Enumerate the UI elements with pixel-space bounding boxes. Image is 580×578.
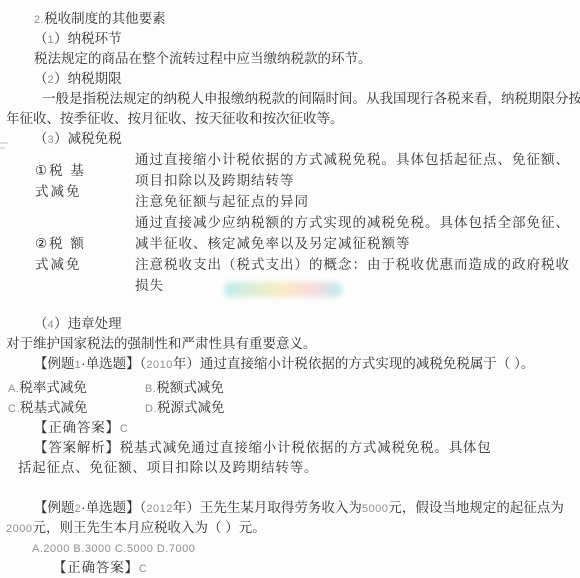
table-text-line: 损失 [135,275,576,296]
latin-run: 5000 [362,503,388,515]
option-b: B.税额式减免 [145,380,224,395]
latin-run: 2012 [146,503,172,515]
latin-run: A. [8,383,19,395]
latin-run: 2 [48,74,55,86]
option-d: D.税源式减免 [145,400,225,415]
latin-run: 2010 [146,359,172,371]
table-row-content: 通过直接缩小计税依据的方式减税免税。具体包括起征点、免征额、项目扣除以及跨期结转… [135,149,576,212]
table-row-content: 通过直接减少应纳税额的方式实现的减税免税。具体包括全部免征、减半征收、核定减免率… [135,212,576,296]
example1-options-ab: A.税率式减免B.税额式减免 [6,378,576,398]
table-row: ①税 基式减免通过直接缩小计税依据的方式减税免税。具体包括起征点、免征额、项目扣… [6,149,576,212]
table-label-line: 式减免 [35,181,135,202]
example2-stem: 2000元，则王先生本月应税收入为（ ）元。 [6,518,576,538]
latin-run: A.2000 B.3000 C.5000 D.7000 [32,543,195,555]
paragraph-line: 年征收、按季征收、按月征收、按天征收和按次征收等。 [6,109,576,129]
table-label-line: ②税 额 [35,233,135,254]
option-c: C.税基式减免 [8,398,145,419]
latin-run: 2 [75,503,82,515]
latin-run: 4 [48,319,55,331]
table-label-line: ①税 基 [35,160,135,181]
chapter-heading: 2.税收制度的其他要素 [6,9,576,29]
latin-run: 2. [34,14,44,26]
table-row-label: ②税 额式减免 [35,212,135,296]
table-label-line: 式减免 [35,254,135,275]
table-text-line: 注意免征额与起征点的异同 [135,191,576,212]
latin-run: D. [145,403,157,415]
subsection-title-2: （2）纳税期限 [6,69,576,89]
option-a: A.税率式减免 [8,378,145,399]
subsection-title-1: （1）纳税环节 [6,29,576,49]
table-row-label: ①税 基式减免 [35,149,135,212]
example1-analysis-line: 【答案解析】税基式减免通过直接缩小计税依据的方式减税免税。具体包 [6,438,576,458]
paragraph-line: 税法规定的商品在整个流转过程中应当缴纳税款的环节。 [6,49,576,69]
example1-stem: 【例题1·单选题】（2010年）通过直接缩小计税依据的方式实现的减税免税属于（ … [6,354,576,374]
latin-run: 2000 [6,523,32,535]
table-row: ②税 额式减免通过直接减少应纳税额的方式实现的减税免税。具体包括全部免征、减半征… [6,212,576,296]
table-text-line: 注意税收支出（税式支出）的概念：由于税收优惠而造成的政府税收 [135,254,576,275]
document-page: 2.税收制度的其他要素 （1）纳税环节 税法规定的商品在整个流转过程中应当缴纳税… [0,0,580,578]
subsection-title-4: （4）违章处理 [6,314,576,334]
example1-analysis-line: 括起征点、免征额、项目扣除以及跨期结转等。 [6,458,576,478]
example1-options-cd: C.税基式减免D.税源式减免 [6,398,576,418]
latin-run: C [139,563,147,575]
paragraph-line: 一般是指税法规定的纳税人申报缴纳税款的间隔时间。从我国现行各税来看，纳税期限分按 [6,89,576,109]
latin-run: 1 [48,34,55,46]
latin-run: 3 [48,134,55,146]
latin-run: B. [145,383,156,395]
subsection-title-3: （3）减税免税 [6,129,576,149]
table-text-line: 减半征收、核定减免率以及另定减征税额等 [135,233,576,254]
tax-relief-table: ①税 基式减免通过直接缩小计税依据的方式减税免税。具体包括起征点、免征额、项目扣… [6,149,576,296]
paragraph-line: 对于维护国家税法的强制性和严肃性具有重要意义。 [6,334,576,354]
example1-correct-answer: 【正确答案】C [6,418,576,438]
example2-correct-answer: 【正确答案】C [6,558,576,578]
scan-artifact [0,139,8,157]
latin-run: 1 [75,359,82,371]
table-text-line: 项目扣除以及跨期结转等 [135,170,576,191]
table-text-line: 通过直接减少应纳税额的方式实现的减税免税。具体包括全部免征、 [135,212,576,233]
table-text-line: 通过直接缩小计税依据的方式减税免税。具体包括起征点、免征额、 [135,149,576,170]
latin-run: C. [8,403,20,415]
example2-options: A.2000 B.3000 C.5000 D.7000 [6,538,576,558]
latin-run: C [120,423,128,435]
example2-stem: 【例题2·单选题】（2012年）王先生某月取得劳务收入为5000元，假设当地规定… [6,498,576,518]
